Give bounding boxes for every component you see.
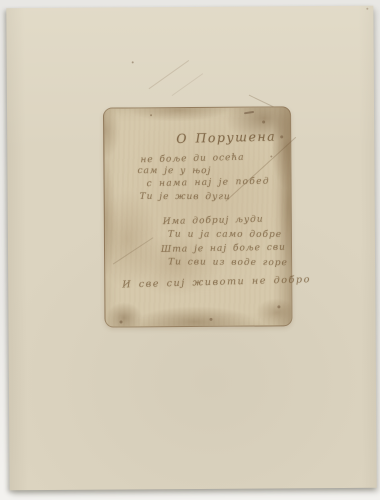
handwritten-line: Шта је нај боље сви [161, 243, 286, 255]
etched-plate-area: О Порушена не боље ди осећа сам је у њој… [103, 106, 293, 327]
plate-stain-speck [209, 318, 212, 321]
handwritten-title: О Порушена [176, 129, 276, 146]
plate-stain-speck [262, 120, 265, 123]
handwritten-closing-line: И све сиј животи не добро [122, 274, 311, 290]
plate-stain-dash [244, 111, 254, 114]
paper-scratch [149, 60, 190, 89]
plate-stain-speck [120, 320, 123, 323]
handwritten-line: с нама нај је побед [146, 177, 269, 190]
handwritten-line: Ти сви из воде горе [168, 257, 288, 268]
handwritten-line: не боље ди осећа [140, 153, 244, 166]
plate-stain-speck [150, 114, 152, 116]
print-paper-sheet: О Порушена не боље ди осећа сам је у њој… [6, 6, 376, 491]
handwritten-line: сам је у њој [137, 166, 211, 176]
paper-scratch [172, 73, 204, 96]
plate-stain-speck [277, 305, 280, 308]
plate-scratch [113, 237, 154, 264]
handwritten-line: Ти је жив дуги [140, 192, 231, 202]
paper-fleck [366, 8, 368, 10]
plate-stain-speck [280, 135, 283, 138]
handwritten-line: Ти и ја само добре [168, 230, 282, 240]
handwritten-line: Има добриј људи [163, 215, 264, 227]
photo-backdrop: О Порушена не боље ди осећа сам је у њој… [0, 0, 380, 500]
paper-fleck [132, 61, 134, 63]
plate-scratch [225, 137, 296, 202]
